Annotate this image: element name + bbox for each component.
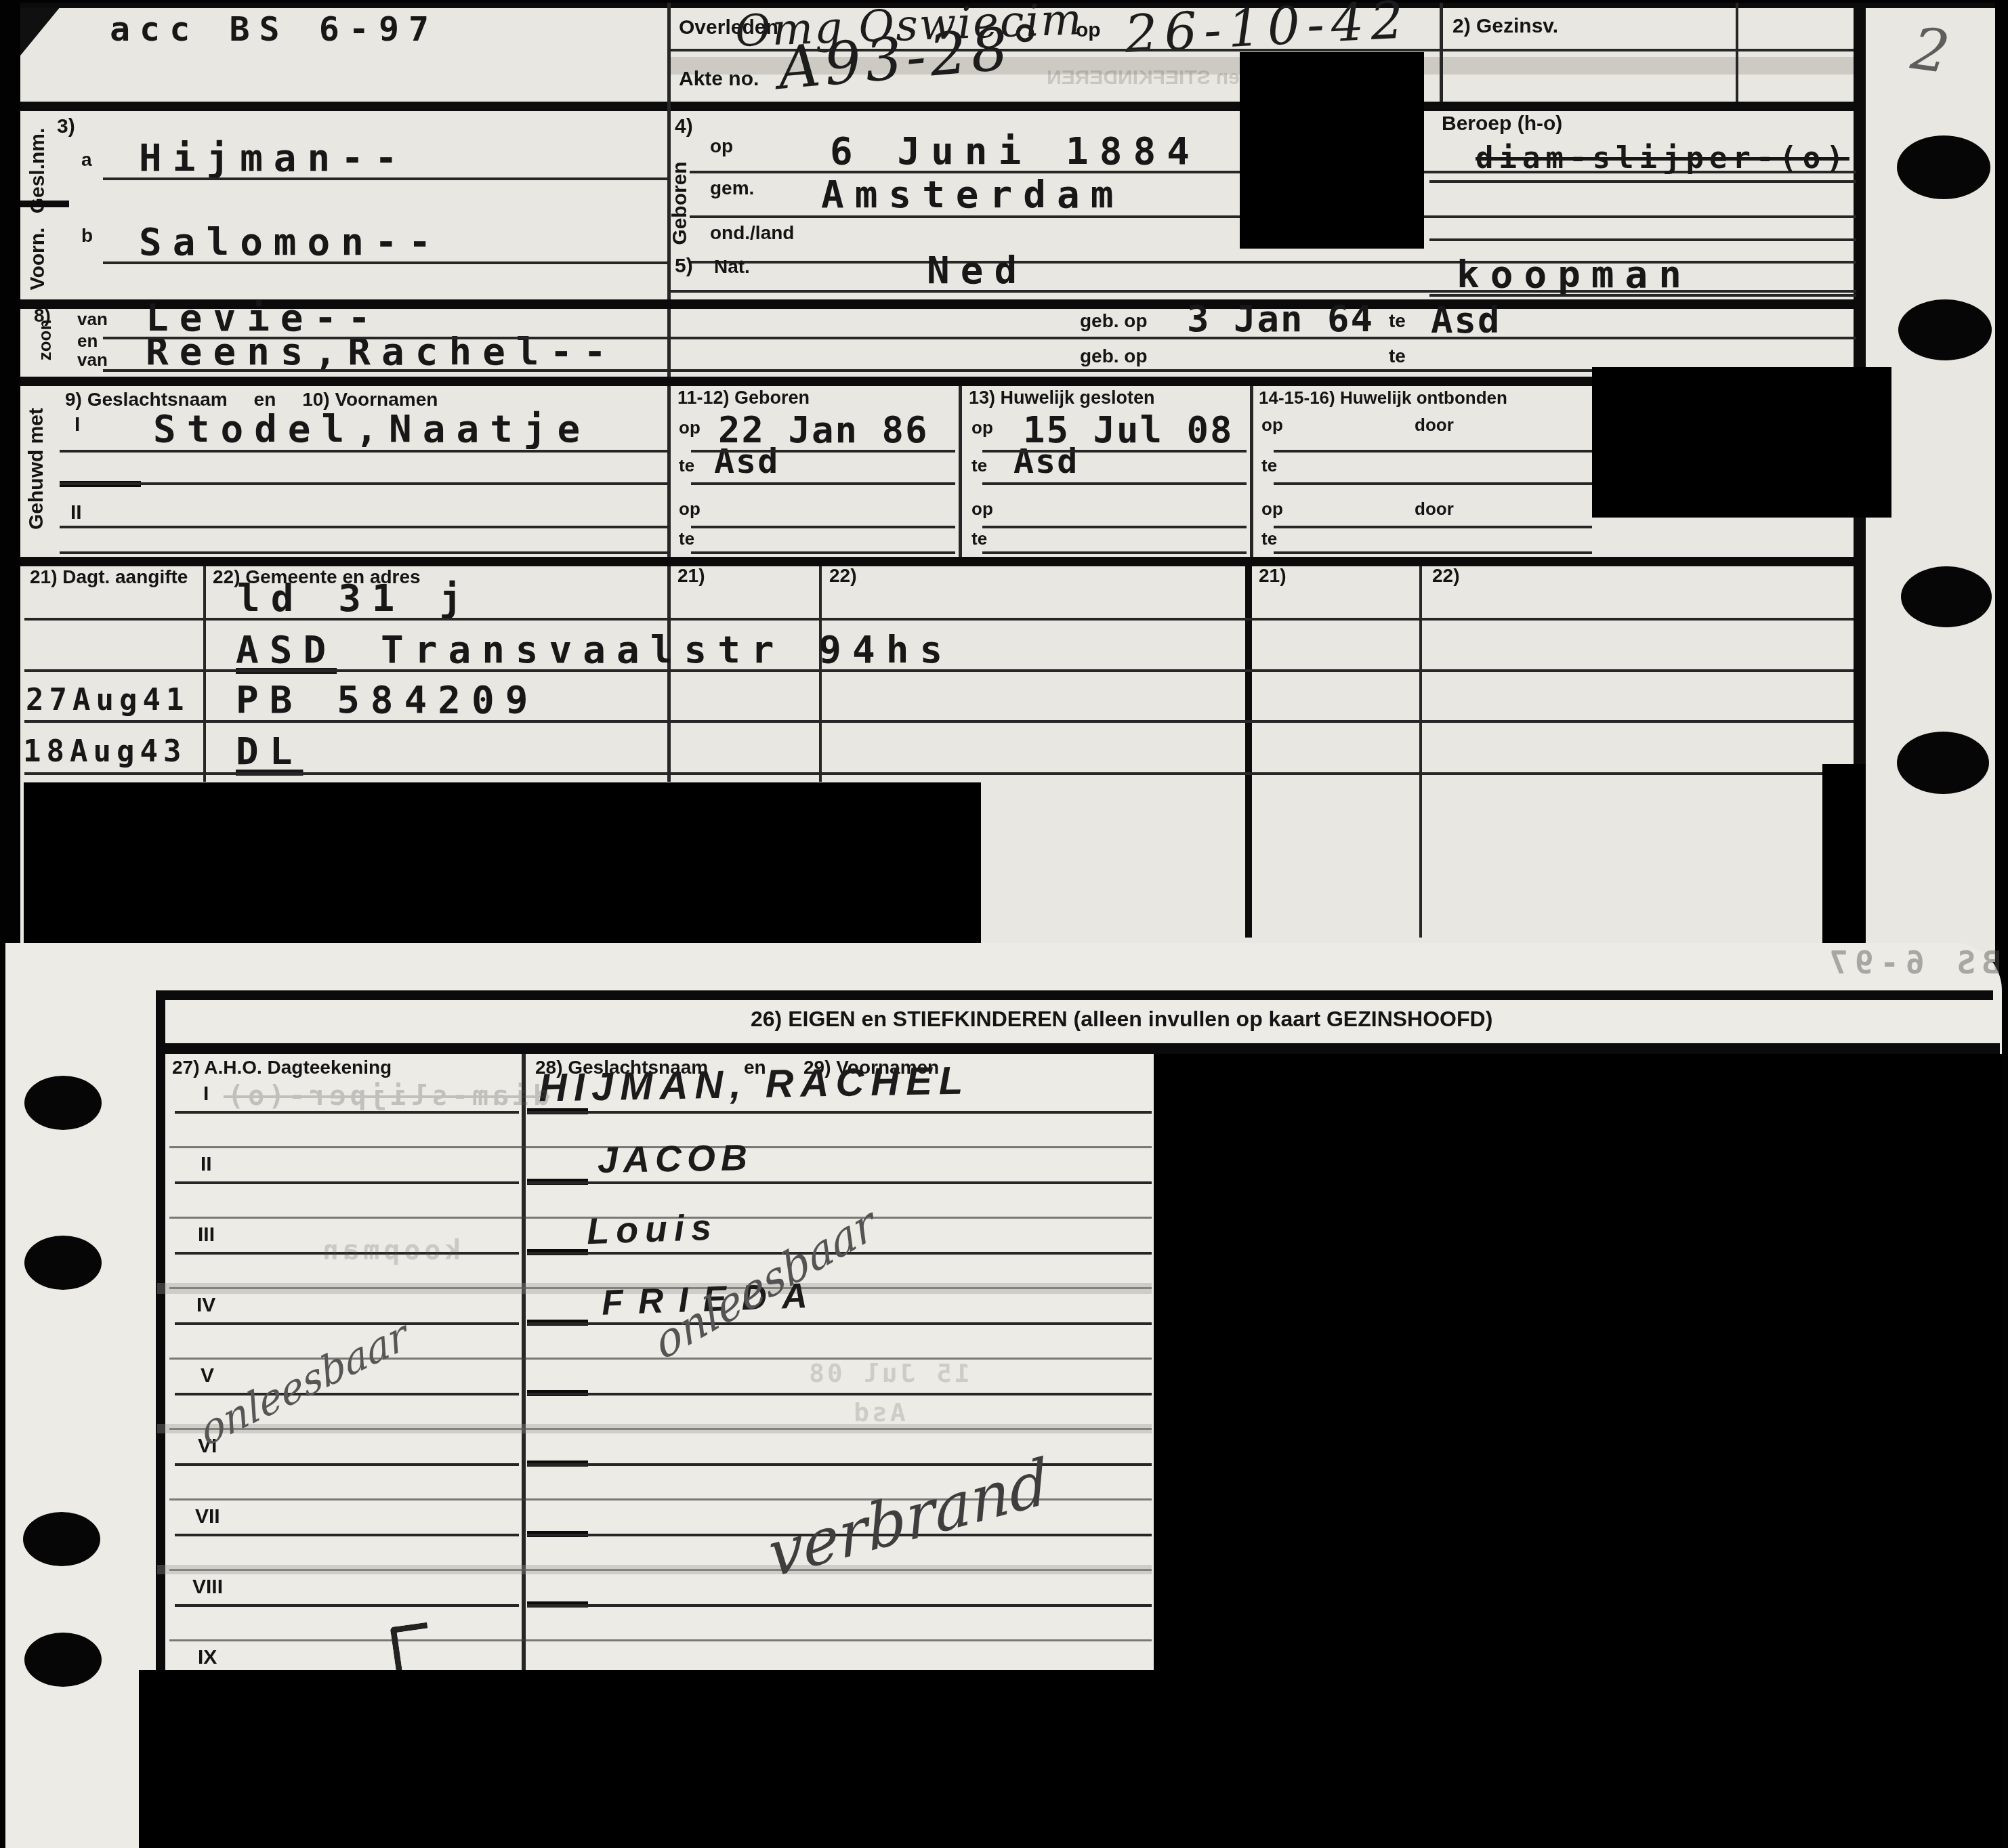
ond-land-label: ond./land [710, 224, 794, 243]
reg-line2-value: Transvaalstr 94hs [381, 631, 953, 669]
reg-line1-value: ld 31 j [237, 580, 473, 618]
panelC-22-header: 22) [1432, 566, 1459, 585]
gesloten-op-lbl: op [971, 419, 993, 436]
aho-dagteekening-header: 27) A.H.O. Dagteekening [172, 1058, 392, 1077]
bleedthrough-marriage-place: Asd [851, 1400, 906, 1425]
row-line-28 [527, 1393, 1152, 1395]
reg-date1-value: 27Aug41 [26, 686, 189, 715]
child-row-num: I [203, 1084, 209, 1104]
ontbonden-door-lbl: door [1415, 416, 1454, 434]
scan-smear [157, 1424, 1152, 1433]
geboren-line2 [691, 482, 955, 485]
marriage-row2-label: II [70, 503, 82, 523]
geboren-col-header: 11-12) Geboren [677, 389, 810, 407]
row-line-27 [175, 1534, 519, 1536]
child-row-num: VIII [192, 1577, 223, 1597]
page-number-pencil: 2 [1908, 20, 1952, 83]
father-birthplace-value: Asd [1431, 302, 1501, 339]
punch-hole [24, 1633, 102, 1687]
row-line-27 [175, 1604, 519, 1607]
beroep-line1 [1429, 180, 1856, 183]
nat-label: Nat. [714, 257, 750, 276]
marriage-col-divider-2 [1250, 386, 1253, 557]
sec5-number: 5) [675, 256, 693, 276]
reg-line-2 [24, 669, 1854, 672]
te-label-1: te [1389, 312, 1406, 331]
punch-hole [24, 1236, 102, 1290]
reg-line3-value: PB 584209 [236, 681, 539, 719]
child-row-num: III [198, 1225, 215, 1245]
gesloten-te2-lbl: te [971, 530, 987, 547]
geb-op-label-1: geb. op [1080, 312, 1148, 331]
child-name-2: JACOB [598, 1139, 753, 1179]
panelC-21-header: 21) [1259, 566, 1286, 585]
geb-op-label-2: geb. op [1080, 347, 1148, 366]
child-row-num: IX [198, 1647, 217, 1668]
geboren-line4 [691, 551, 955, 554]
row-line-27 [175, 1463, 519, 1466]
ontbonden-line1 [1274, 450, 1592, 453]
ontbonden-op-lbl: op [1261, 416, 1283, 434]
punch-hole [24, 1076, 102, 1130]
zoon-side-label: zoon [36, 320, 54, 361]
child-name-1: HIJMAN, RACHEL [539, 1061, 970, 1108]
ontbonden-line2 [1274, 482, 1592, 485]
reg-line4-value: DL [236, 733, 303, 771]
header-divider [1440, 3, 1443, 111]
ontbonden-line4 [1274, 551, 1592, 554]
reg-line-4 [24, 772, 1854, 775]
gehuwd-met-side-label: Gehuwd met [26, 408, 47, 530]
redaction-tab [1822, 764, 1866, 962]
reg-line-3 [24, 720, 1854, 723]
spouse-name-value: Stodel,Naatje [153, 411, 591, 448]
geboren-side-label: Geboren [670, 161, 690, 245]
overleden-op-label: op [1076, 20, 1101, 41]
gesloten-line2 [982, 482, 1247, 485]
geboren-op-label: op [710, 137, 733, 156]
nationality-value: Ned [927, 252, 1028, 290]
marriage-line-a1 [60, 450, 667, 453]
row-line-28 [527, 1604, 1152, 1607]
children-table-left-border [156, 990, 165, 1756]
gesloten-line4 [982, 551, 1247, 554]
scan-smear [157, 1565, 1152, 1574]
child-row-num: II [201, 1154, 212, 1175]
punch-hole [1901, 566, 1992, 627]
surname-line [103, 177, 667, 180]
geboren-op2-lbl: op [679, 500, 700, 518]
bleedthrough-beroep-old: diam-slijper-(o) [224, 1083, 549, 1110]
side-label-separator [20, 201, 69, 207]
father-line [103, 337, 1856, 339]
sec4-number: 4) [675, 117, 693, 137]
geboren-line3 [691, 526, 955, 528]
children-header-bottom-border [156, 1043, 2000, 1054]
panelC-divider [1419, 566, 1422, 938]
section-border-2 [20, 377, 1858, 386]
scanned-registration-card: acc BS 6-97 Overleden Omg Oswiecim op 26… [0, 0, 2008, 1848]
punch-hole [1897, 135, 1990, 199]
header-divider-thin [1736, 3, 1738, 104]
birth-date-value: 6 Juni 1884 [830, 133, 1200, 171]
en-label: en [77, 332, 98, 350]
birth-place-value: Amsterdam [821, 176, 1124, 214]
row-line-28 [527, 1322, 1152, 1325]
gesloten-col-header: 13) Huwelijk gesloten [969, 389, 1155, 407]
beroep-label: Beroep (h-o) [1442, 114, 1562, 134]
child-row-num: V [201, 1366, 214, 1386]
gesloten-line3 [982, 526, 1247, 528]
van-label-1: van [77, 310, 108, 328]
archive-ref: acc BS 6-97 [110, 12, 438, 46]
punch-hole [1897, 732, 1989, 794]
gem-label: gem. [710, 179, 754, 198]
row-line-28 [527, 1111, 1152, 1114]
panelB-21-header: 21) [677, 566, 705, 585]
geboren-line1 [691, 450, 955, 453]
panelBC-border [1245, 566, 1252, 938]
te-label-2: te [1389, 347, 1406, 366]
voornaam-side-label: Voorn. [28, 228, 48, 291]
redaction-bottom-band [139, 1670, 1155, 1848]
sec3-number: 3) [57, 117, 75, 137]
firstname-value: Salomon-- [139, 224, 442, 261]
child-row-num: VII [195, 1507, 220, 1527]
geboren-op-lbl: op [679, 419, 700, 436]
ontbonden-door2-lbl: door [1415, 500, 1454, 518]
row-separator [169, 1639, 1152, 1641]
surname-value: Hijman-- [139, 140, 409, 177]
beroep-line3 [1429, 294, 1856, 297]
beroep-old-value: diam-slijper-(o) [1476, 144, 1849, 173]
reg-line2-prefix-value: ASD [236, 631, 337, 669]
bleedthrough-marriage-date: 15 Jul 08 [806, 1360, 970, 1386]
reg-date2-value: 18Aug43 [23, 737, 186, 767]
marriage-line-a4 [60, 551, 667, 554]
child-row-num: IV [196, 1295, 215, 1316]
row-a-label: a [81, 150, 92, 169]
gesloten-line1 [982, 450, 1247, 453]
children-section-title: 26) EIGEN en STIEFKINDEREN (alleen invul… [751, 1008, 1492, 1030]
redaction-right-area [1154, 1054, 2002, 1848]
row-line-27 [175, 1181, 519, 1184]
gesloten-te-lbl: te [971, 457, 987, 474]
gezinsv-label: 2) Gezinsv. [1452, 16, 1558, 37]
row-line-28 [527, 1181, 1152, 1184]
father-birthdate-value: 3 Jan 64 [1187, 301, 1374, 337]
marriage-names-header: 9) Geslachtsnaam en 10) Voornamen [65, 390, 438, 409]
geboren-te-lbl: te [679, 457, 694, 474]
mother-line [103, 369, 1593, 372]
firstname-line [103, 261, 667, 264]
reg-line-1 [24, 618, 1854, 621]
marriage-line-a3 [60, 526, 667, 528]
beroep-new-value: koopman [1457, 256, 1692, 294]
redaction-box [1240, 52, 1424, 249]
panelB-divider [819, 566, 822, 782]
panelB-22-header: 22) [829, 566, 856, 585]
ontbonden-col-header: 14-15-16) Huwelijk ontbonden [1259, 389, 1507, 406]
row-b-label: b [81, 226, 93, 245]
ontbonden-op2-lbl: op [1261, 500, 1283, 518]
panelA-divider [203, 566, 206, 782]
gesloten-op2-lbl: op [971, 500, 993, 518]
marriage-row1-label: I [75, 415, 80, 435]
ontbonden-te-lbl: te [1261, 457, 1277, 474]
section-border-3 [20, 557, 1858, 566]
dagt-aangifte-header: 21) Dagt. aangifte [30, 568, 188, 587]
geboren-te2-lbl: te [679, 530, 694, 547]
children-header-top-border [156, 990, 1993, 1000]
bleedthrough-beroep-new: koopman [318, 1237, 461, 1264]
marriage-col-divider-1 [959, 386, 962, 557]
punch-hole [1898, 299, 1992, 360]
bleedthrough-archive-ref: acc BS 6-97 [1822, 947, 2008, 978]
ontbonden-line3 [1274, 526, 1592, 528]
ontbonden-te2-lbl: te [1261, 530, 1277, 547]
van-label-2: van [77, 351, 108, 369]
beroep-line2 [1429, 238, 1856, 241]
redaction-box [1592, 367, 1891, 518]
marriage-line-a2 [60, 482, 667, 485]
akte-label: Akte no. [679, 69, 759, 89]
punch-hole [23, 1512, 100, 1566]
child-name-3: Louis [586, 1209, 719, 1251]
header-bottom-border [20, 102, 1858, 111]
row-line-28 [527, 1463, 1152, 1466]
row-line-27 [175, 1322, 519, 1325]
